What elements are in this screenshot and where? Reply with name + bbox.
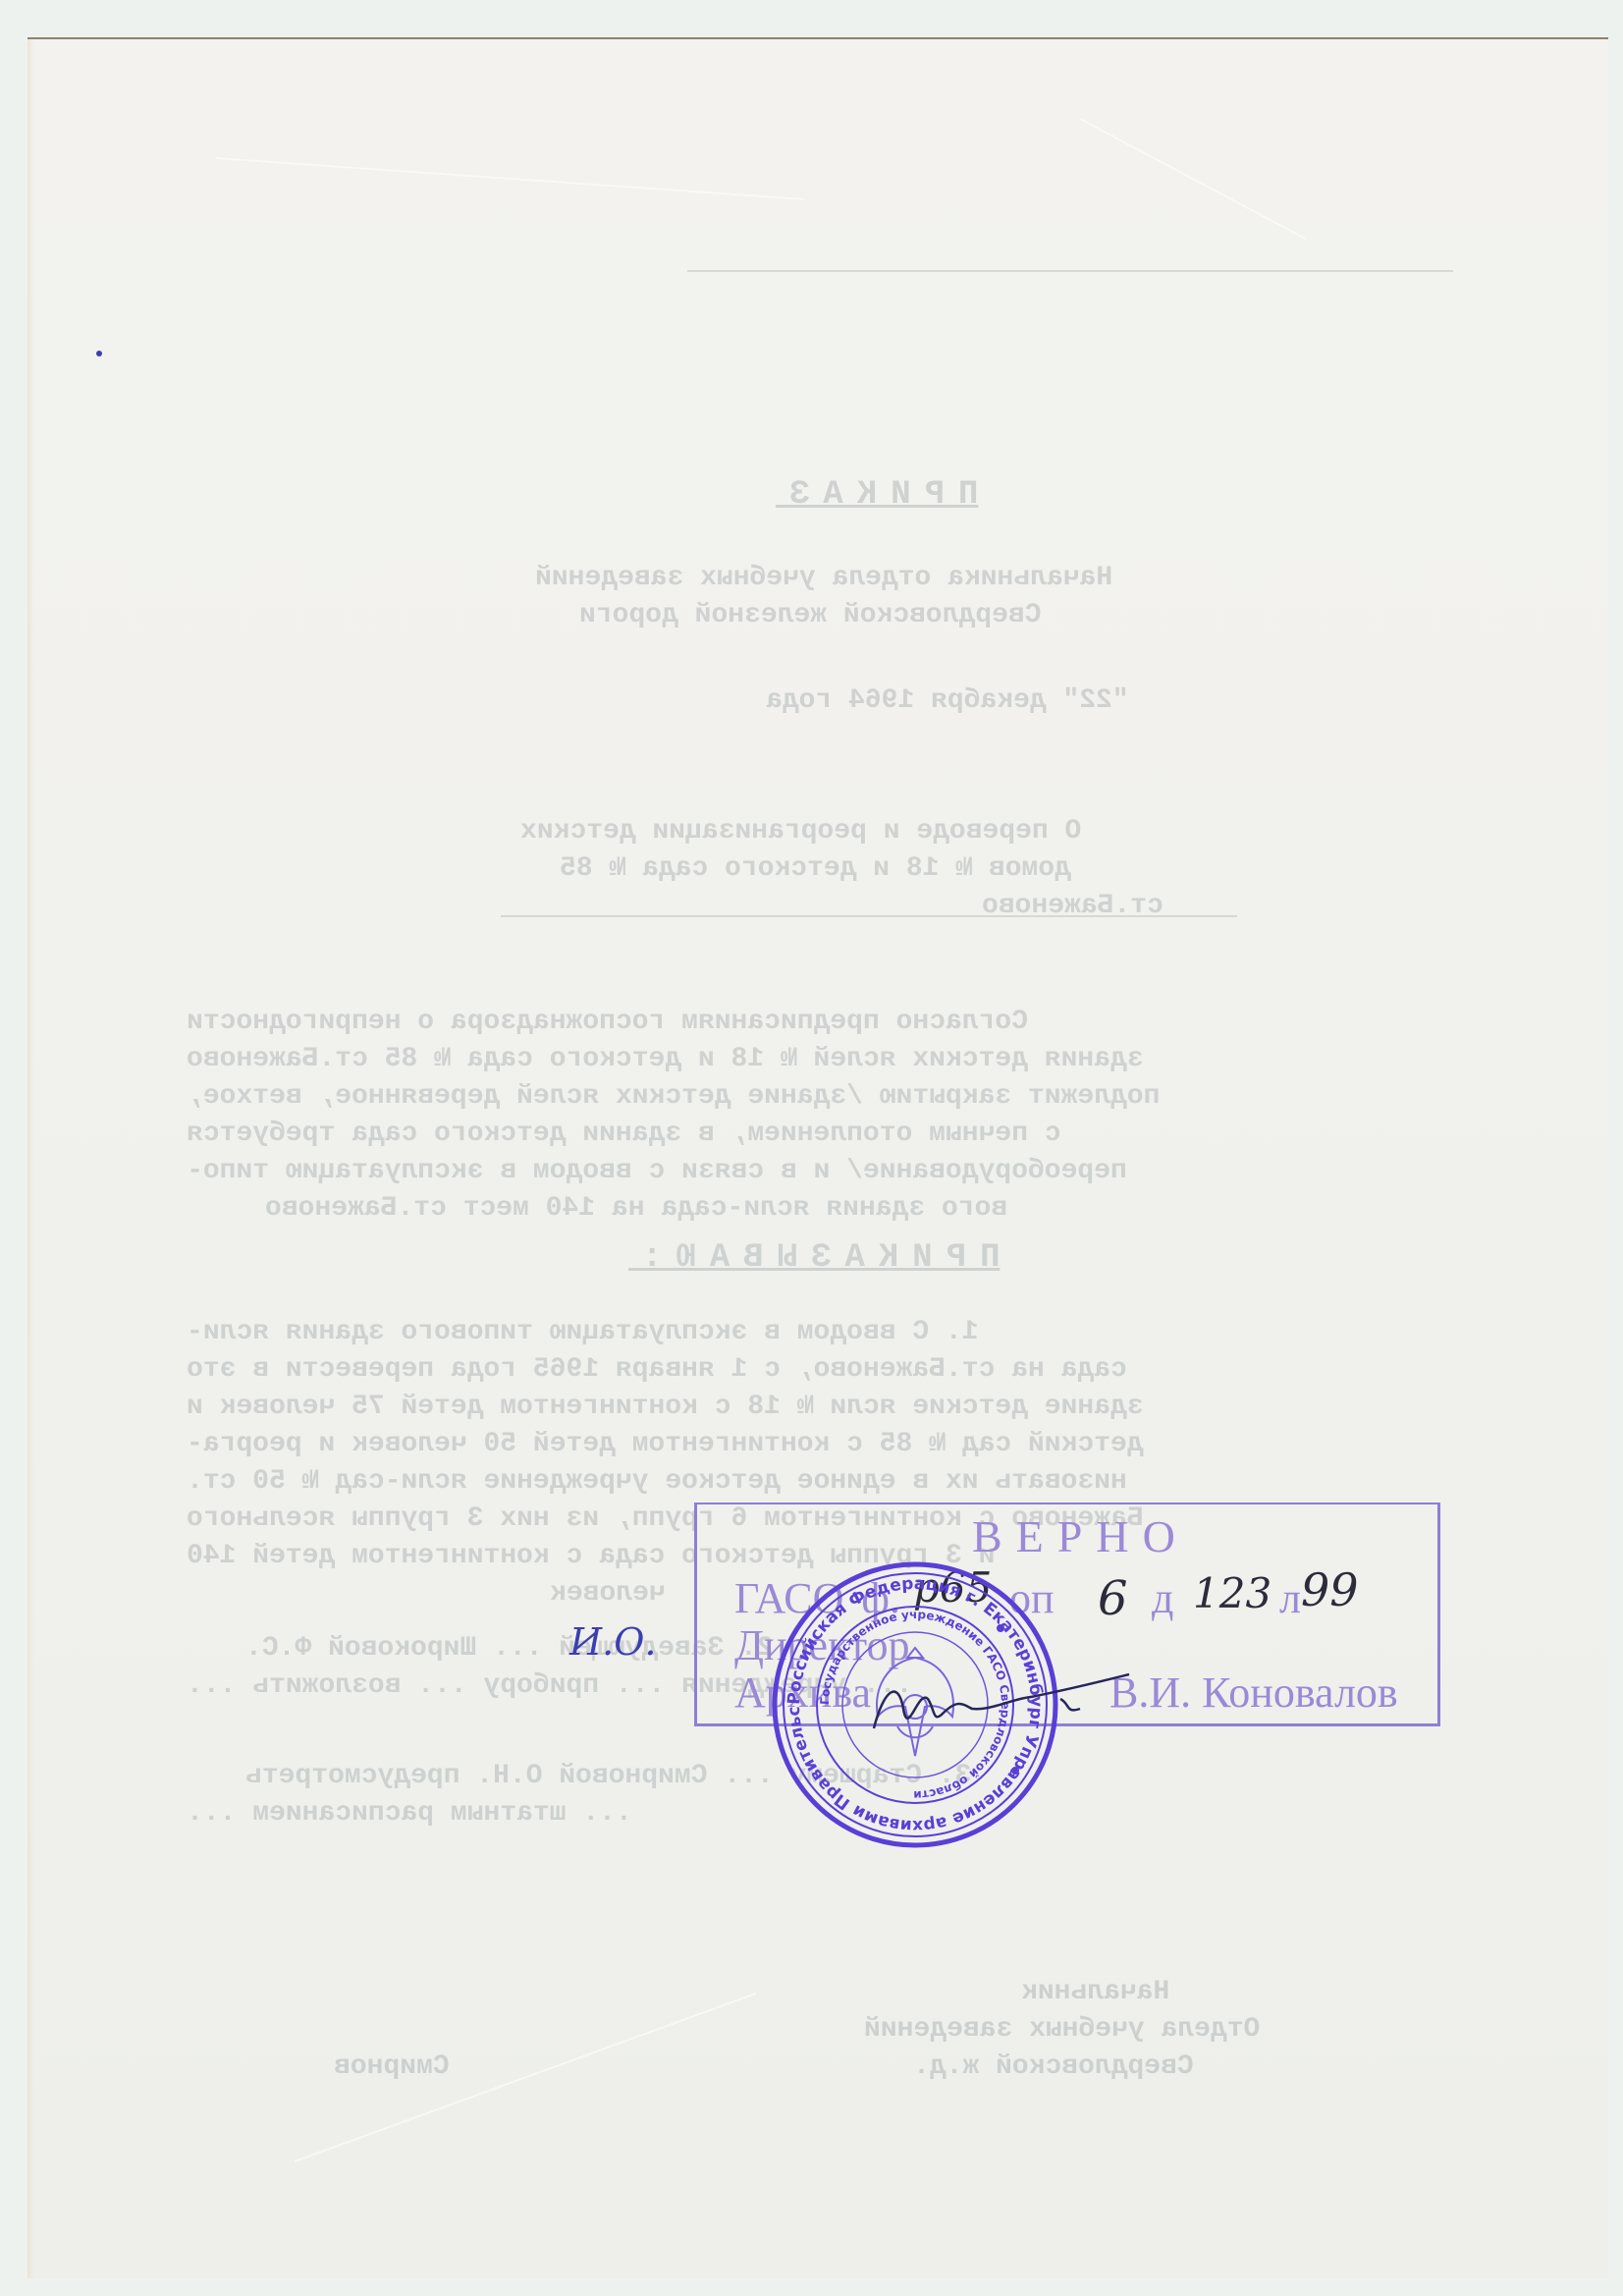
handwritten-opis: 6 [1098, 1571, 1128, 1626]
stamp-title: ВЕРНО [972, 1510, 1189, 1562]
bleed-body-line: здания детских яслей № 18 и детского сад… [187, 1041, 1144, 1078]
bleed-subject-line: домов № 18 и детского сада № 85 [560, 850, 1071, 888]
bleed-body-line: вого здания ясли-сада на 140 мест ст.Баж… [265, 1190, 1007, 1228]
bleed-item-line: ... штатным расписанием ... [187, 1795, 632, 1832]
bleed-body-line: с печным отоплением, в здании детского с… [187, 1116, 1061, 1153]
bleed-header-line: Свердловской железной дороги [579, 597, 1041, 634]
bleed-header-line: Начальника отдела учебных заведений [535, 560, 1112, 597]
bleed-order-word: ПРИКАЗЫВАЮ: [628, 1239, 1000, 1277]
bleed-item-line: здание детские ясли № 18 с контингентом … [187, 1389, 1144, 1426]
bleed-rule [687, 270, 1453, 272]
bleed-signature-line: Свердловской ж.д. [913, 2049, 1194, 2086]
bleed-item-line: человек [550, 1575, 666, 1613]
bleed-body-line: Согласно предписаниям госпожнадзора о не… [187, 1004, 1028, 1041]
bleed-rule [501, 915, 1237, 917]
bleed-item-line: 1. С вводом в эксплуатацию типового здан… [187, 1314, 979, 1351]
bleed-body-line: подлежит закрытию /здание детских яслей … [187, 1078, 1160, 1116]
handwritten-list: 99 [1301, 1563, 1359, 1616]
bleed-signature-name: Смирнов [334, 2049, 450, 2086]
bleed-title: ПРИКАЗ [776, 476, 978, 514]
bleed-item-line: сада на ст.Баженово, с 1 января 1965 год… [187, 1351, 1127, 1389]
bleed-item-line: низовать их в единое детское учреждение … [187, 1463, 1127, 1501]
director-signature [864, 1669, 1149, 1748]
bleed-item-line: детский сад № 85 с контингентом детей 50… [187, 1426, 1144, 1463]
bleed-subject-line: ст.Баженово [982, 888, 1163, 925]
stamp-list-label: л [1279, 1573, 1301, 1623]
handwritten-delo: 123 [1193, 1569, 1271, 1617]
handwritten-acting-mark: И.О. [569, 1620, 656, 1664]
bleed-signature-line: Начальник [1021, 1974, 1169, 2011]
stamp-delo-label: д [1152, 1573, 1173, 1623]
bleed-signature-line: Отдела учебных заведений [864, 2011, 1260, 2049]
ink-dot [96, 351, 102, 356]
bleed-subject-line: О переводе и реорганизации детских [520, 813, 1081, 850]
stamp-director-name: В.И. Коновалов [1109, 1667, 1398, 1718]
bleed-date-line: "22" декабря 1964 года [766, 683, 1129, 720]
bleed-body-line: переоборудование/ и в связи с вводом в э… [187, 1153, 1127, 1190]
